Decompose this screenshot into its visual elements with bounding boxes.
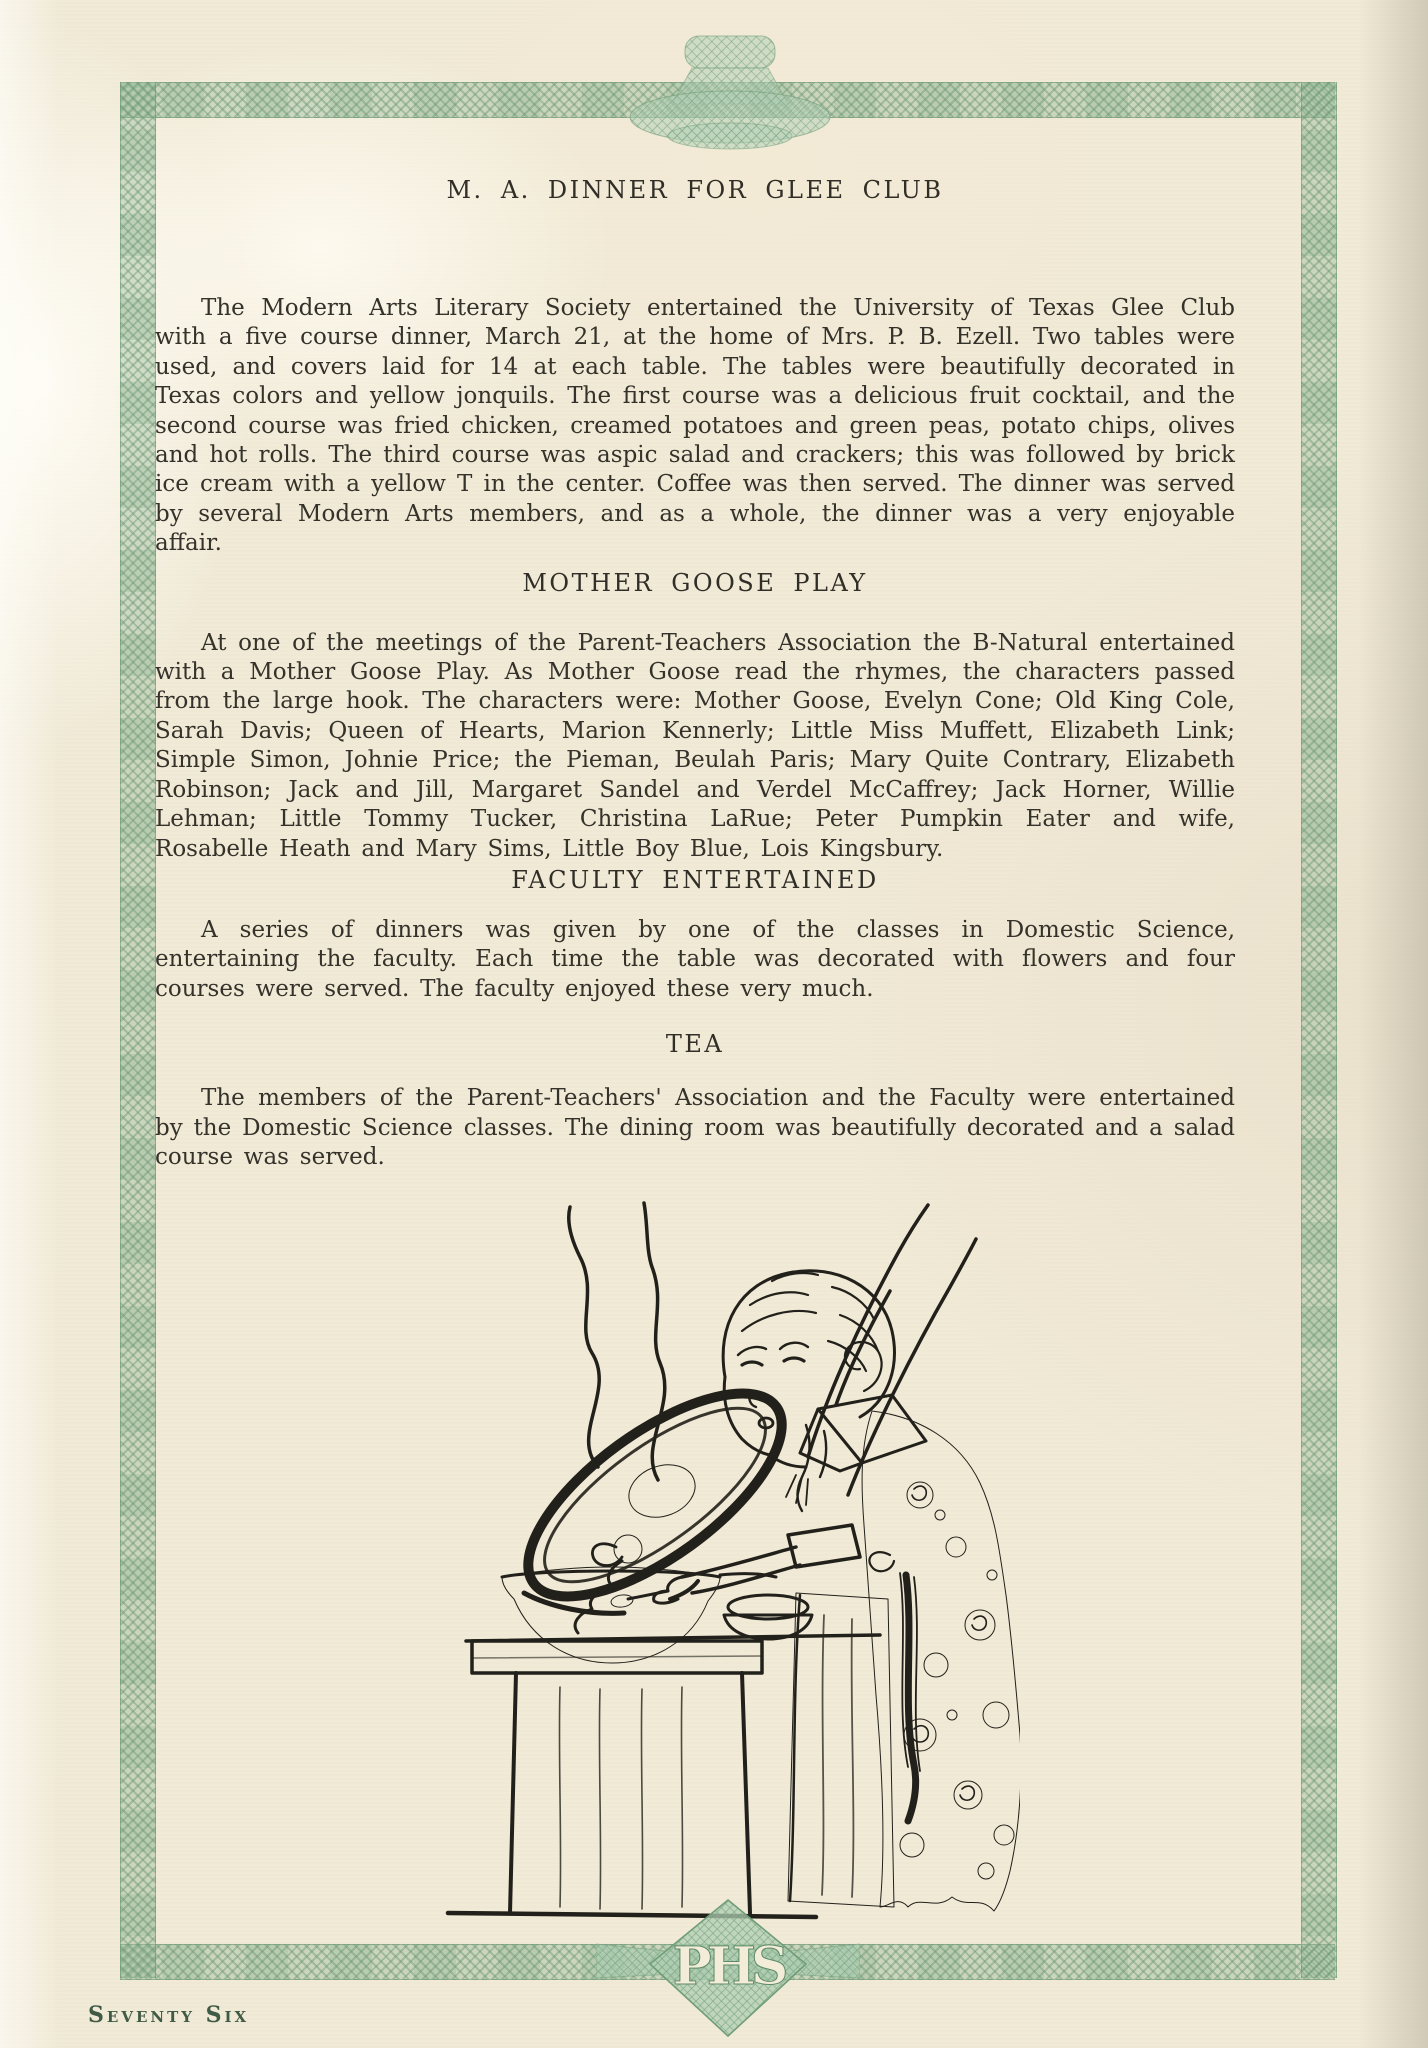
- emblem-monogram: PHS: [673, 1936, 786, 1997]
- page-title: M. A. DINNER FOR GLEE CLUB: [155, 176, 1235, 204]
- pot-lid: [497, 1357, 813, 1634]
- page-number: Seventy Six: [88, 2002, 249, 2028]
- section-mother-goose-play: MOTHER GOOSE PLAY At one of the meetings…: [155, 569, 1235, 864]
- apron: [788, 1593, 894, 1907]
- border-right: [1301, 82, 1337, 1978]
- section-ma-dinner: M. A. DINNER FOR GLEE CLUB The Modern Ar…: [155, 176, 1235, 559]
- yearbook-page: M. A. DINNER FOR GLEE CLUB The Modern Ar…: [0, 0, 1428, 2048]
- section-heading: MOTHER GOOSE PLAY: [155, 569, 1235, 597]
- section-body: A series of dinners was given by one of …: [155, 916, 1235, 1004]
- phs-diamond-emblem: PHS: [596, 1880, 860, 2048]
- section-heading: FACULTY ENTERTAINED: [155, 866, 1235, 894]
- section-body: The Modern Arts Literary Society enterta…: [155, 294, 1235, 559]
- page-text-column: M. A. DINNER FOR GLEE CLUB The Modern Ar…: [155, 176, 1235, 1172]
- right-edge-shadow: [1358, 0, 1428, 2048]
- section-body: The members of the Parent-Teachers' Asso…: [155, 1084, 1235, 1172]
- left-edge-light: [0, 0, 60, 2048]
- section-heading: TEA: [155, 1030, 1235, 1058]
- border-left: [120, 82, 156, 1978]
- floral-dress: [862, 1411, 1020, 1911]
- section-faculty-entertained: FACULTY ENTERTAINED A series of dinners …: [155, 866, 1235, 1004]
- section-tea: TEA The members of the Parent-Teachers' …: [155, 1030, 1235, 1172]
- inkwell-ornament-icon: [610, 24, 850, 154]
- woman-cooking-at-pot-line-art: [420, 1195, 1020, 1925]
- pedestal-table: [448, 1635, 880, 1917]
- section-body: At one of the meetings of the Parent-Tea…: [155, 629, 1235, 864]
- collar: [786, 1395, 926, 1511]
- arm-and-spoon: [610, 1525, 860, 1608]
- cooking-woman-illustration: [420, 1195, 1020, 1925]
